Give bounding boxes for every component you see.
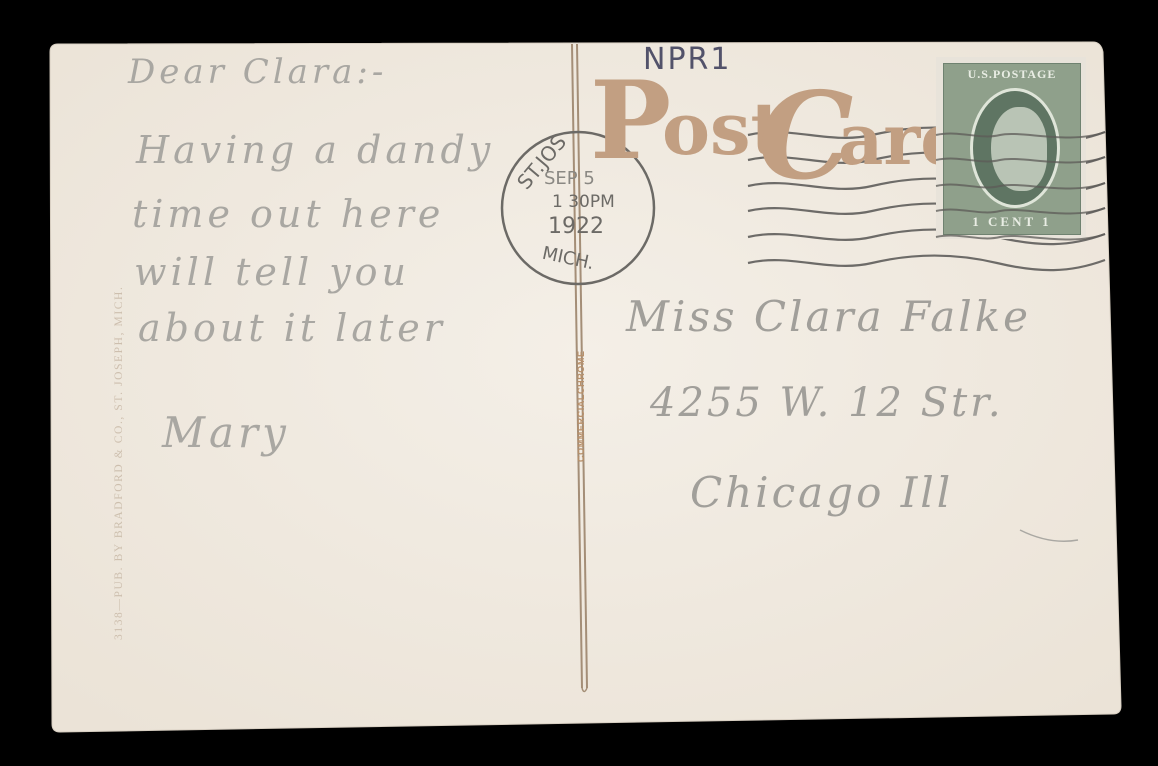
address-line: Miss Clara Falke [626,292,1031,341]
stamp-value-label: 1 CENT 1 [944,214,1080,230]
stamp-design: U.S.POSTAGE 1 CENT 1 [943,63,1081,235]
address-line: Chicago Ill [690,468,953,517]
printer-imprint: COMMERCIALCHROME [576,350,586,462]
portrait-face [991,107,1047,191]
stamp-top-label: U.S.POSTAGE [944,67,1080,82]
message-line: Having a dandy [136,128,494,172]
message-line: will tell you [134,250,410,294]
postmark-year: 1922 [548,214,604,239]
publisher-imprint: 3138—PUB. BY BRADFORD & CO., ST. JOSEPH,… [113,286,125,640]
postage-stamp: U.S.POSTAGE 1 CENT 1 [936,57,1086,239]
address-line: 4255 W. 12 Str. [650,380,1004,426]
postmark-time: 1 30PM [552,192,615,212]
message-line: time out here [132,192,444,236]
message-line: Dear Clara:- [128,52,387,92]
message-line: about it later [138,306,446,350]
signature: Mary [162,408,290,457]
washington-portrait-icon [970,88,1060,208]
postcard: 3138—PUB. BY BRADFORD & CO., ST. JOSEPH,… [0,0,1158,766]
title-letter: P [590,58,671,184]
postmark-date: SEP 5 [544,168,595,189]
